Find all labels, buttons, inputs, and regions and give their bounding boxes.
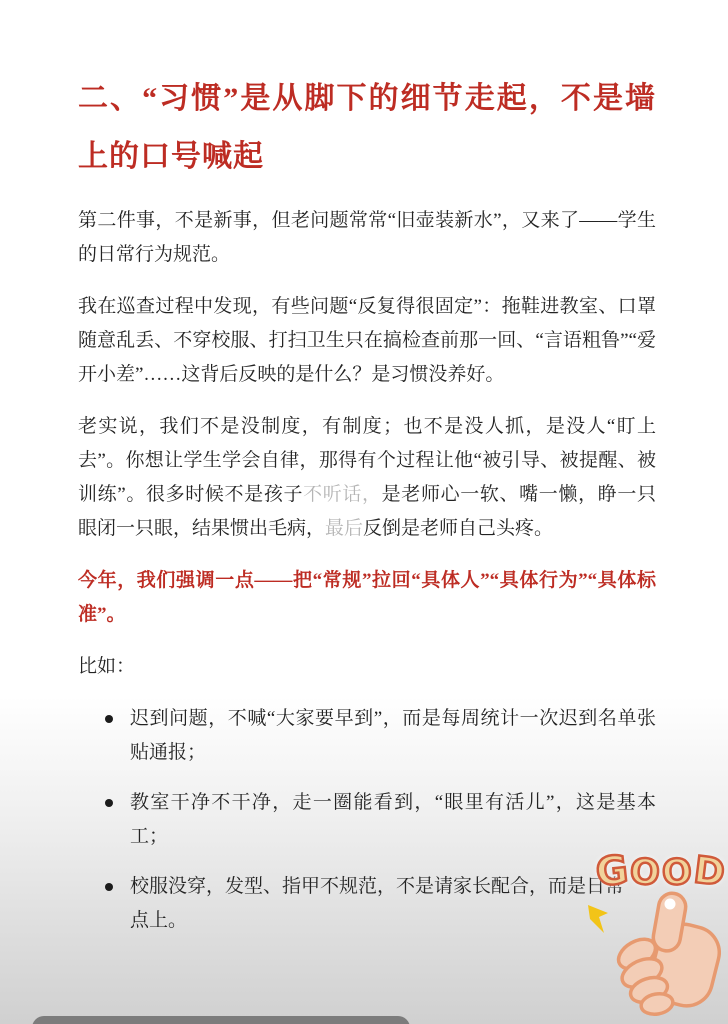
- paragraph-analysis: 老实说，我们不是没制度，有制度；也不是没人抓，是没人“盯上去”。你想让学生学会自…: [78, 410, 656, 546]
- bullet-dot-icon: [105, 883, 113, 891]
- sticker-letter: O: [661, 852, 695, 894]
- page-title: 二、“习惯”是从脚下的细节走起，不是墙上的口号喊起: [78, 70, 656, 186]
- list-item-text-line2: 点上。: [130, 910, 187, 931]
- bottom-card-edge: [32, 1016, 410, 1024]
- bullet-dot-icon: [105, 715, 113, 723]
- paragraph-example-lead: 比如：: [78, 650, 656, 684]
- good-sticker-label: GOOD: [596, 849, 726, 894]
- list-item-text: 迟到问题，不喊“大家要早到”，而是每周统计一次迟到名单张贴通报；: [130, 708, 656, 763]
- paragraph-intro: 第二件事，不是新事，但老问题常常“旧壶装新水”，又来了——学生的日常行为规范。: [78, 204, 656, 272]
- text-segment-gray: 不听话，: [303, 484, 382, 505]
- list-item-text: 教室干净不干净，走一圈能看到，“眼里有活儿”，这是基本工；: [130, 792, 656, 847]
- list-item-lateness: 迟到问题，不喊“大家要早到”，而是每周统计一次迟到名单张贴通报；: [78, 702, 656, 770]
- thumb-highlight: [665, 899, 676, 910]
- paragraph-observations: 我在巡查过程中发现，有些问题“反复得很固定”：拖鞋进教室、口罩随意乱丢、不穿校服…: [78, 290, 656, 392]
- document-page: 二、“习惯”是从脚下的细节走起，不是墙上的口号喊起 第二件事，不是新事，但老问题…: [0, 0, 728, 938]
- thumbs-up-icon: [606, 889, 728, 1024]
- text-segment: 反倒是老师自己头疼。: [363, 518, 553, 539]
- good-sticker: GOOD: [570, 845, 728, 1024]
- sticker-letter: D: [691, 848, 728, 895]
- text-segment-gray: 最后: [325, 518, 363, 539]
- list-item-cleanliness: 教室干净不干净，走一圈能看到，“眼里有活儿”，这是基本工；: [78, 786, 656, 854]
- paragraph-emphasis: 今年，我们强调一点——把“常规”拉回“具体人”“具体行为”“具体标准”。: [78, 564, 656, 632]
- sticker-letter: O: [629, 852, 663, 894]
- bullet-dot-icon: [105, 799, 113, 807]
- list-item-text-line1: 校服没穿，发型、指甲不规范，不是请家长配合，而是日常: [130, 876, 624, 897]
